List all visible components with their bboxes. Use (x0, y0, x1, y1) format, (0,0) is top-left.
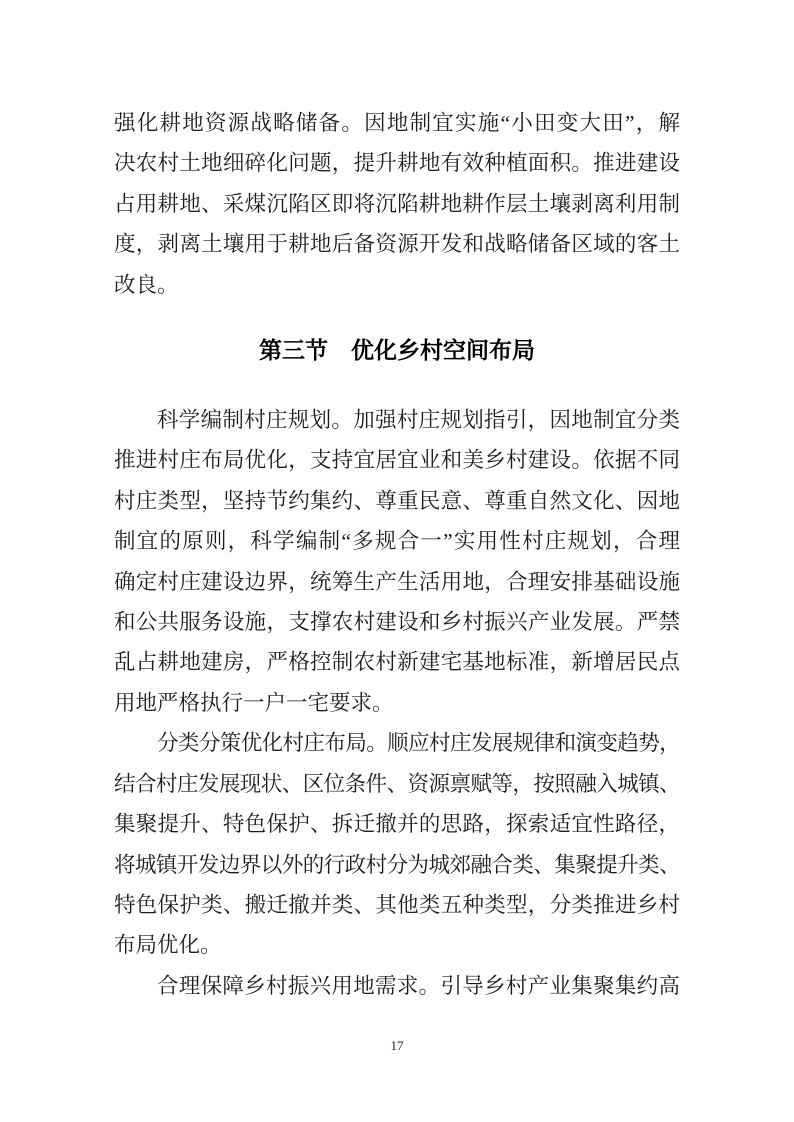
paragraph: 科学编制村庄规划。加强村庄规划指引，因地制宜分类推进村庄布局优化，支持宜居宜业和… (114, 400, 680, 723)
text-line: 乱占耕地建房，严格控制农村新建宅基地标准，新增居民点 (114, 642, 680, 682)
page-number: 17 (0, 1038, 794, 1054)
text-line: 分类分策优化村庄布局。顺应村庄发展规律和演变趋势， (114, 723, 680, 763)
text-line: 和公共服务设施，支撑农村建设和乡村振兴产业发展。严禁 (114, 602, 680, 642)
paragraph: 合理保障乡村振兴用地需求。引导乡村产业集聚集约高 (114, 966, 680, 1006)
text-line: 特色保护类、搬迁撤并类、其他类五种类型，分类推进乡村 (114, 885, 680, 925)
text-line: 将城镇开发边界以外的行政村分为城郊融合类、集聚提升类、 (114, 845, 680, 885)
text-line: 用地严格执行一户一宅要求。 (114, 683, 680, 723)
text-line: 占用耕地、采煤沉陷区即将沉陷耕地耕作层土壤剥离利用制 (114, 184, 680, 224)
text-line: 结合村庄发展现状、区位条件、资源禀赋等，按照融入城镇、 (114, 764, 680, 804)
document-page: 强化耕地资源战略储备。因地制宜实施“小田变大田”，解决农村土地细碎化问题，提升耕… (0, 0, 794, 1122)
text-line: 村庄类型，坚持节约集约、尊重民意、尊重自然文化、因地 (114, 481, 680, 521)
text-line: 决农村土地细碎化问题，提升耕地有效种植面积。推进建设 (114, 143, 680, 183)
text-line: 合理保障乡村振兴用地需求。引导乡村产业集聚集约高 (114, 966, 680, 1006)
paragraph: 分类分策优化村庄布局。顺应村庄发展规律和演变趋势，结合村庄发展现状、区位条件、资… (114, 723, 680, 965)
text-line: 推进村庄布局优化，支持宜居宜业和美乡村建设。依据不同 (114, 440, 680, 480)
text-line: 布局优化。 (114, 925, 680, 965)
text-line: 确定村庄建设边界，统筹生产生活用地，合理安排基础设施 (114, 562, 680, 602)
text-line: 制宜的原则，科学编制“多规合一”实用性村庄规划，合理 (114, 521, 680, 561)
text-line: 集聚提升、特色保护、拆迁撤并的思路，探索适宜性路径， (114, 804, 680, 844)
text-line: 强化耕地资源战略储备。因地制宜实施“小田变大田”，解 (114, 103, 680, 143)
text-block: 强化耕地资源战略储备。因地制宜实施“小田变大田”，解决农村土地细碎化问题，提升耕… (114, 103, 680, 1006)
section-heading: 第三节 优化乡村空间布局 (114, 331, 680, 372)
text-line: 度，剥离土壤用于耕地后备资源开发和战略储备区域的客土 (114, 224, 680, 264)
text-line: 科学编制村庄规划。加强村庄规划指引，因地制宜分类 (114, 400, 680, 440)
text-line: 改良。 (114, 265, 680, 305)
paragraph: 强化耕地资源战略储备。因地制宜实施“小田变大田”，解决农村土地细碎化问题，提升耕… (114, 103, 680, 305)
